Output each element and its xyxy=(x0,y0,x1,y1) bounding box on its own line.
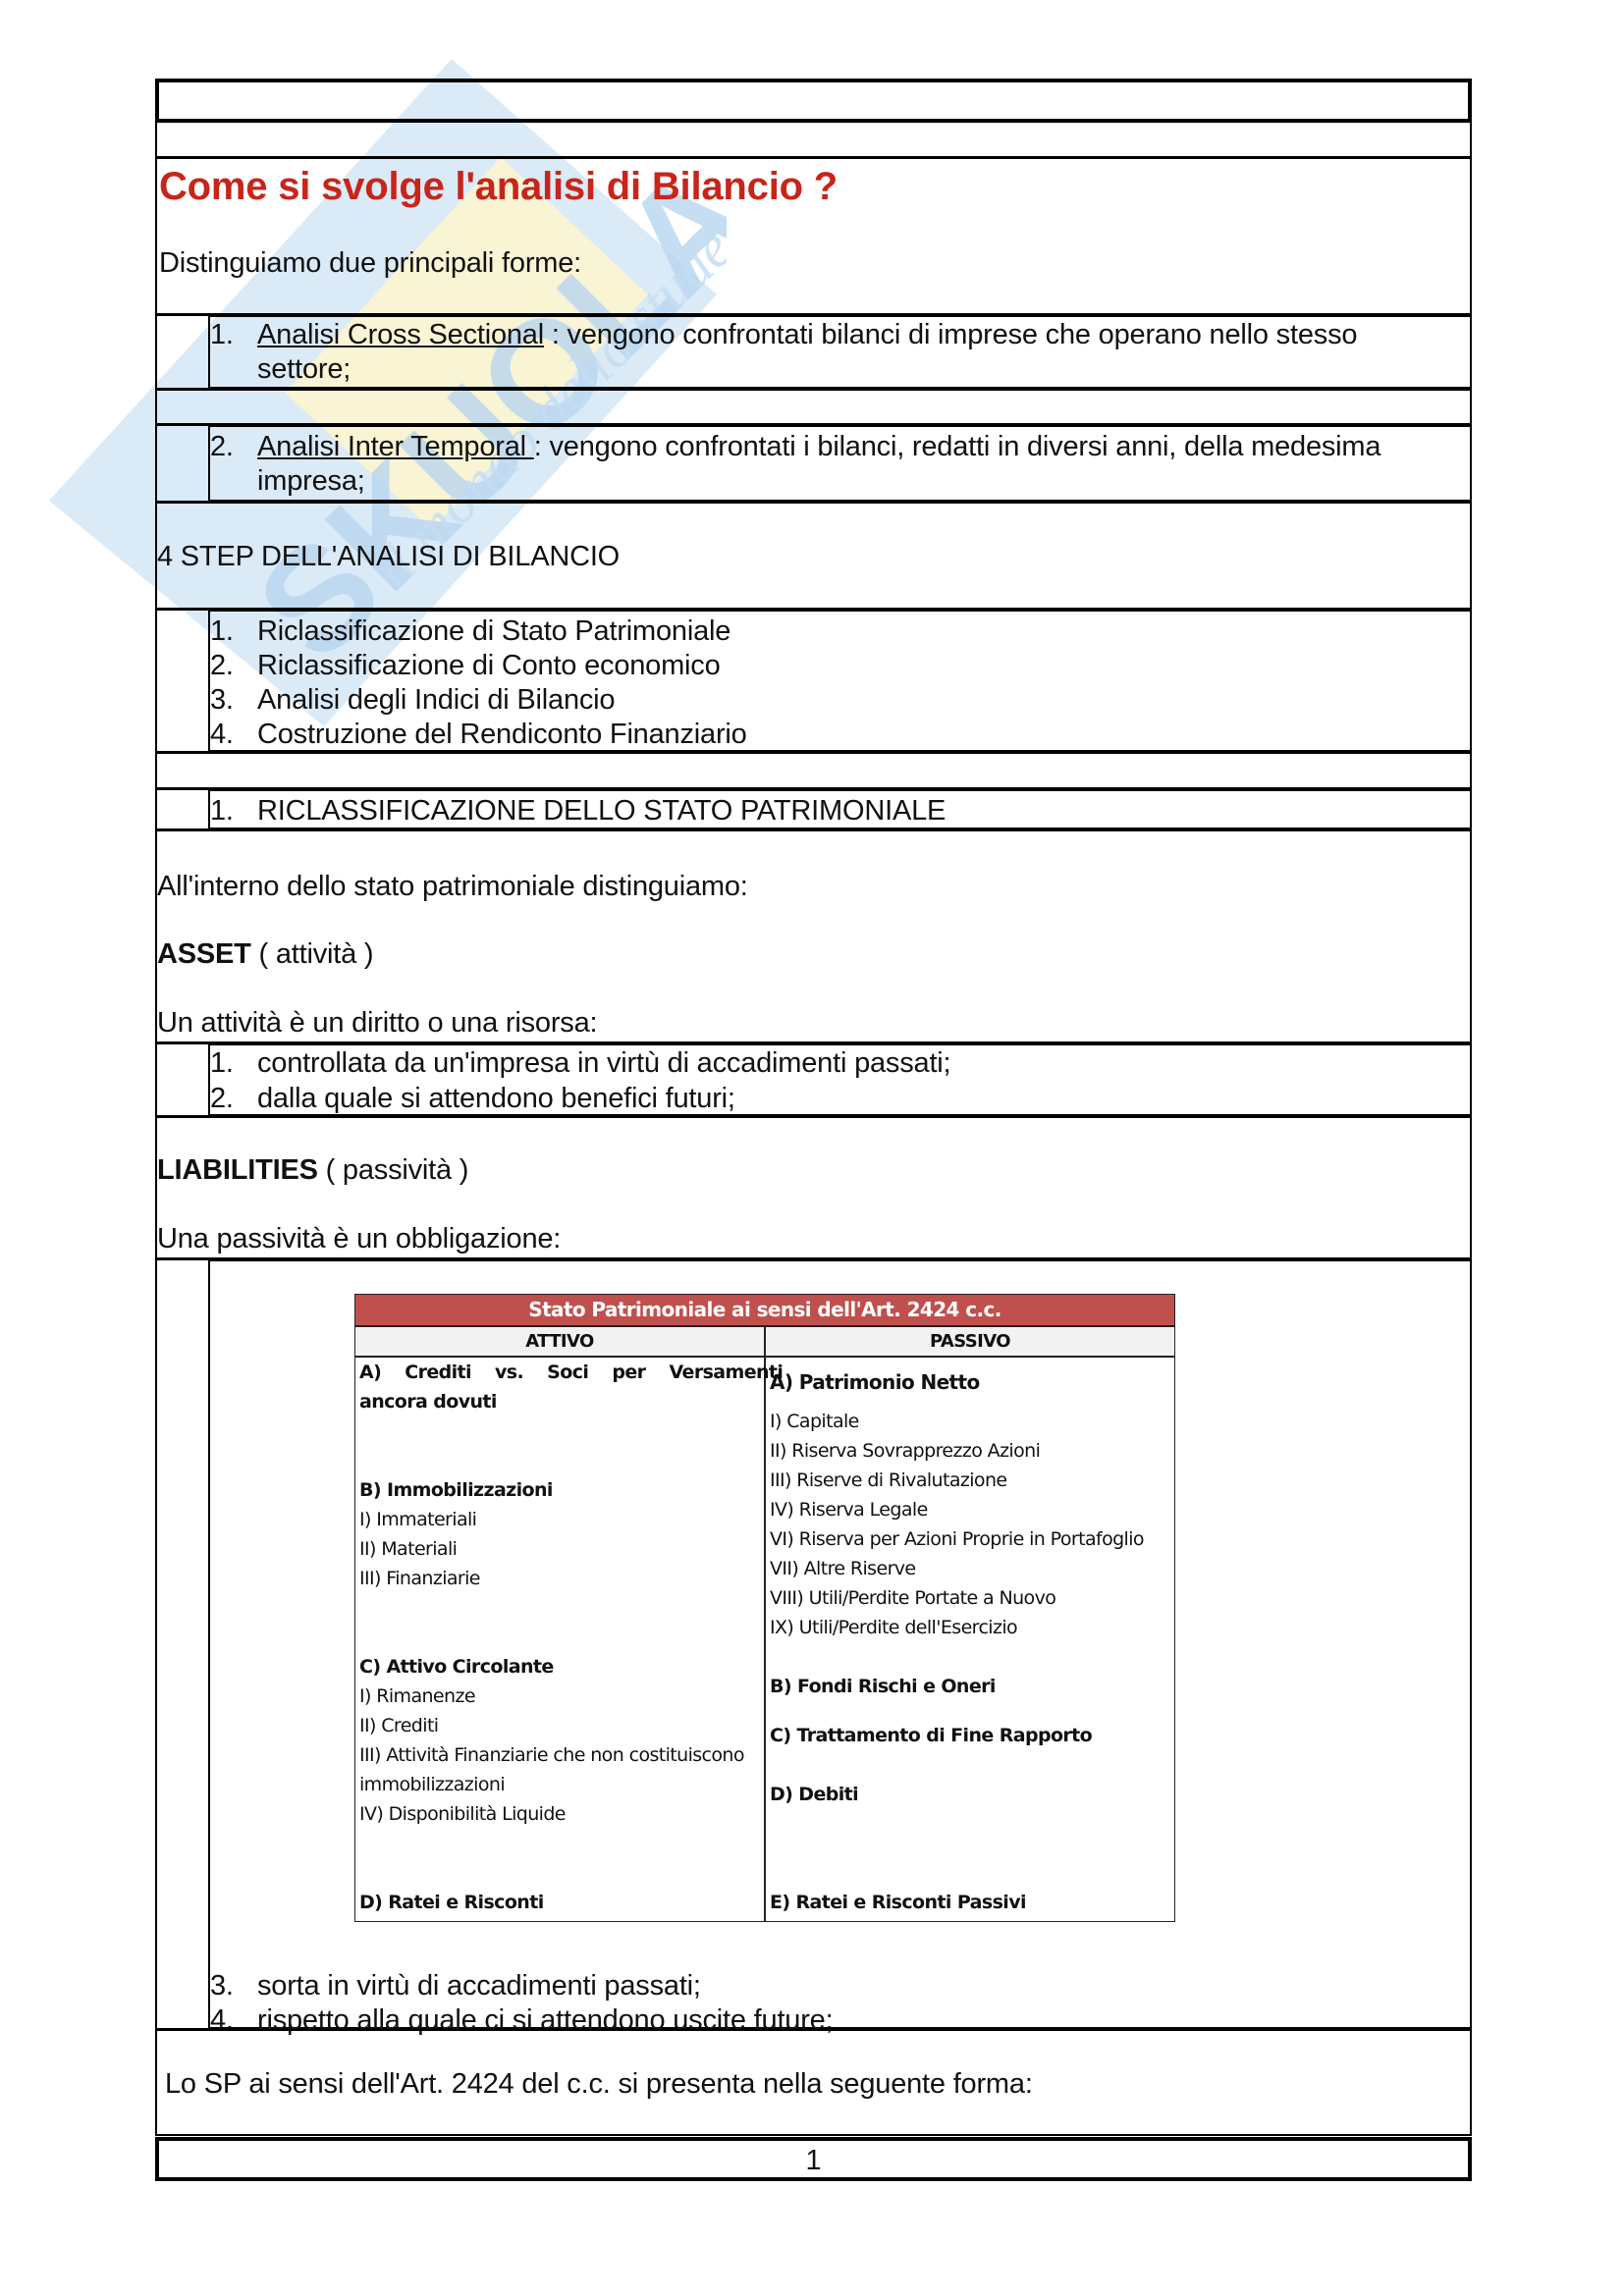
steps-heading-section: 4 STEP DELL'ANALISI DI BILANCIO xyxy=(155,502,1472,610)
balance-sheet-title: Stato Patrimoniale ai sensi dell'Art. 24… xyxy=(355,1295,1174,1327)
form-continuation: impresa; xyxy=(257,463,365,499)
list-number: 1. xyxy=(210,317,257,352)
attivo-line-item: B) Immobilizzazioni xyxy=(359,1475,760,1505)
step-item: 1.Riclassificazione di Stato Patrimonial… xyxy=(210,614,730,649)
form-item-1: 1.Analisi Cross Sectional : vengono conf… xyxy=(208,314,1470,390)
steps-list-row: 1.Riclassificazione di Stato Patrimonial… xyxy=(155,609,1472,753)
passivo-line-item: B) Fondi Rischi e Oneri xyxy=(770,1672,1170,1701)
liabilities-definition: Una passività è un obbligazione: xyxy=(157,1221,561,1256)
step-item: 4.Costruzione del Rendiconto Finanziario xyxy=(210,717,747,752)
column-header-attivo: ATTIVO xyxy=(355,1327,766,1356)
passivo-line-item: IX) Utili/Perdite dell'Esercizio xyxy=(770,1613,1170,1642)
page-number: 1 xyxy=(159,2143,1468,2178)
asset-heading: ASSET ( attività ) xyxy=(157,936,373,972)
attivo-line-item: D) Ratei e Risconti xyxy=(359,1888,760,1917)
attivo-column: A) Crediti vs. Soci per Versamentiancora… xyxy=(355,1358,766,1921)
form-item-2: 2.Analisi Inter Temporal : vengono confr… xyxy=(208,424,1470,503)
passivo-line-item: C) Trattamento di Fine Rapporto xyxy=(770,1721,1170,1750)
asset-definition: Un attività è un diritto o una risorsa: xyxy=(157,1005,597,1041)
asset-item: 1.controllata da un'impresa in virtù di … xyxy=(210,1045,950,1081)
step-item: 3.Analisi degli Indici di Bilancio xyxy=(210,682,615,718)
header-empty-row xyxy=(155,79,1472,123)
asset-items-row: 1.controllata da un'impresa in virtù di … xyxy=(155,1042,1472,1117)
attivo-line-item: II) Crediti xyxy=(359,1711,760,1740)
sp-form-section: Lo SP ai sensi dell'Art. 2424 del c.c. s… xyxy=(155,2029,1472,2136)
passivo-line-item: D) Debiti xyxy=(770,1780,1170,1809)
attivo-line-item: ancora dovuti xyxy=(359,1387,760,1416)
form-continuation: settore; xyxy=(257,351,351,387)
asset-item: 2.dalla quale si attendono benefici futu… xyxy=(210,1081,735,1116)
passivo-line-item: VII) Altre Riserve xyxy=(770,1554,1170,1583)
passivo-line-item: A) Patrimonio Netto xyxy=(770,1367,1170,1397)
spacer-row xyxy=(155,389,1472,425)
liabilities-section: LIABILITIES ( passività ) Una passività … xyxy=(155,1116,1472,1259)
attivo-line-item: I) Rimanenze xyxy=(359,1682,760,1711)
steps-heading: 4 STEP DELL'ANALISI DI BILANCIO xyxy=(157,539,620,574)
attivo-line-item: I) Immateriali xyxy=(359,1505,760,1534)
page-title: Come si svolge l'analisi di Bilancio ? xyxy=(159,169,838,204)
liability-item: 3.sorta in virtù di accadimenti passati; xyxy=(210,1968,701,2003)
list-number: 2. xyxy=(210,429,257,464)
form-description: : vengono confrontati i bilanci, redatti… xyxy=(534,431,1381,462)
column-header-passivo: PASSIVO xyxy=(766,1327,1174,1356)
form-item-1-row: 1.Analisi Cross Sectional : vengono conf… xyxy=(155,314,1472,390)
asset-items: 1.controllata da un'impresa in virtù di … xyxy=(208,1042,1470,1117)
attivo-line-item: C) Attivo Circolante xyxy=(359,1652,760,1682)
section-1-heading: 1.RICLASSIFICAZIONE DELLO STATO PATRIMON… xyxy=(208,788,1470,830)
passivo-line-item: I) Capitale xyxy=(770,1407,1170,1436)
passivo-line-item: VIII) Utili/Perdite Portate a Nuovo xyxy=(770,1583,1170,1613)
form-description: : vengono confrontati bilanci di imprese… xyxy=(544,319,1357,350)
asset-section: All'interno dello stato patrimoniale dis… xyxy=(155,829,1472,1043)
attivo-line-item: A) Crediti vs. Soci per Versamenti xyxy=(359,1358,760,1387)
section-1-row: 1.RICLASSIFICAZIONE DELLO STATO PATRIMON… xyxy=(155,788,1472,830)
intro-text: Distinguiamo due principali forme: xyxy=(159,245,581,281)
attivo-line-item: II) Materiali xyxy=(359,1534,760,1564)
title-section: Come si svolge l'analisi di Bilancio ? D… xyxy=(155,157,1472,315)
form-item-2-row: 2.Analisi Inter Temporal : vengono confr… xyxy=(155,424,1472,503)
sp-form-text: Lo SP ai sensi dell'Art. 2424 del c.c. s… xyxy=(165,2066,1033,2102)
passivo-line-item: E) Ratei e Risconti Passivi xyxy=(770,1888,1170,1917)
passivo-line-item: II) Riserva Sovrapprezzo Azioni xyxy=(770,1436,1170,1466)
passivo-line-item: III) Riserve di Rivalutazione xyxy=(770,1466,1170,1495)
attivo-line-item: III) Finanziarie xyxy=(359,1564,760,1593)
passivo-line-item: VI) Riserva per Azioni Proprie in Portaf… xyxy=(770,1524,1170,1554)
spacer-row xyxy=(155,122,1472,158)
form-term-cross-sectional: Analisi Cross Sectional xyxy=(257,319,544,350)
step-item: 2.Riclassificazione di Conto economico xyxy=(210,648,721,683)
spacer-row xyxy=(155,752,1472,789)
passivo-line-item: IV) Riserva Legale xyxy=(770,1495,1170,1524)
form-term-inter-temporal: Analisi Inter Temporal xyxy=(257,431,534,462)
attivo-line-item: III) Attività Finanziarie che non costit… xyxy=(359,1740,760,1770)
sp-intro: All'interno dello stato patrimoniale dis… xyxy=(157,869,748,904)
passivo-column: A) Patrimonio NettoI) CapitaleII) Riserv… xyxy=(766,1358,1174,1921)
steps-list: 1.Riclassificazione di Stato Patrimonial… xyxy=(208,609,1470,753)
footer-row: 1 xyxy=(155,2137,1472,2181)
balance-sheet-table: Stato Patrimoniale ai sensi dell'Art. 24… xyxy=(354,1294,1175,1922)
balance-sheet-column-headers: ATTIVO PASSIVO xyxy=(355,1327,1174,1358)
liabilities-heading: LIABILITIES ( passività ) xyxy=(157,1152,468,1188)
attivo-line-item: IV) Disponibilità Liquide xyxy=(359,1799,760,1829)
attivo-line-item: immobilizzazioni xyxy=(359,1770,760,1799)
